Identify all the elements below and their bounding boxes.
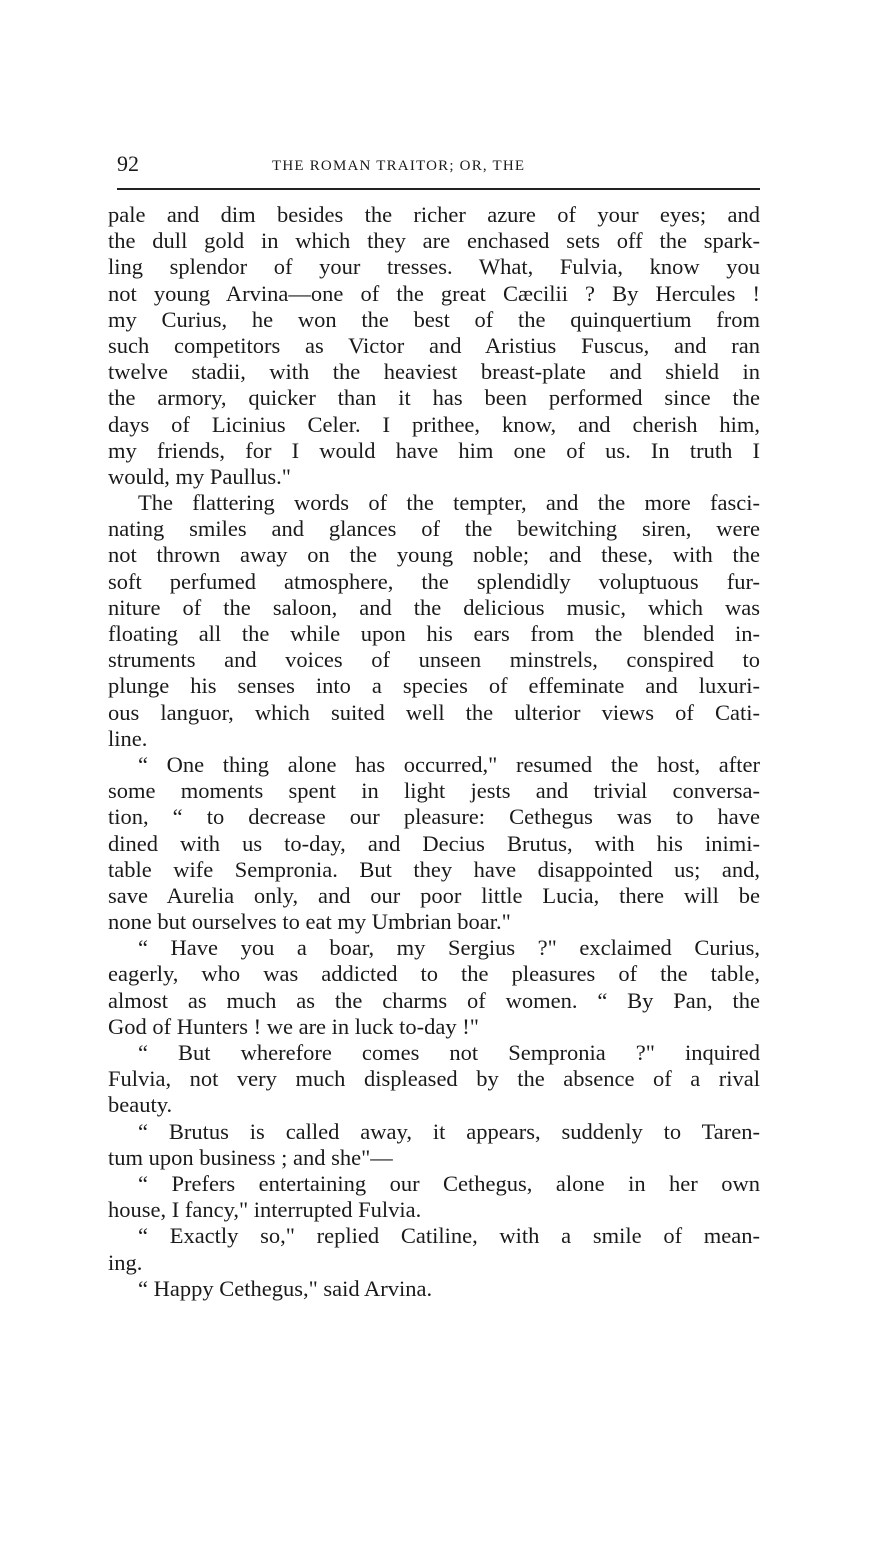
- text-line: tum upon business ; and she"—: [108, 1145, 760, 1171]
- text-line: The flattering words of the tempter, and…: [108, 490, 760, 516]
- text-line: “ Prefers entertaining our Cethegus, alo…: [108, 1171, 760, 1197]
- text-line: the dull gold in which they are enchased…: [108, 228, 760, 254]
- text-line: my friends, for I would have him one of …: [108, 438, 760, 464]
- text-line: almost as much as the charms of women. “…: [108, 988, 760, 1014]
- text-line: such competitors as Victor and Aristius …: [108, 333, 760, 359]
- text-line: “ Brutus is called away, it appears, sud…: [108, 1119, 760, 1145]
- text-line: none but ourselves to eat my Umbrian boa…: [108, 909, 760, 935]
- text-line: Fulvia, not very much displeased by the …: [108, 1066, 760, 1092]
- text-line: “ Exactly so," replied Catiline, with a …: [108, 1223, 760, 1249]
- text-line: plunge his senses into a species of effe…: [108, 673, 760, 699]
- text-line: “ One thing alone has occurred," resumed…: [108, 752, 760, 778]
- text-line: niture of the saloon, and the delicious …: [108, 595, 760, 621]
- text-line: God of Hunters ! we are in luck to-day !…: [108, 1014, 760, 1040]
- text-line: line.: [108, 726, 760, 752]
- text-line: struments and voices of unseen minstrels…: [108, 647, 760, 673]
- text-line: ous languor, which suited well the ulter…: [108, 700, 760, 726]
- text-line: ing.: [108, 1250, 760, 1276]
- text-line: “ Happy Cethegus," said Arvina.: [108, 1276, 760, 1302]
- text-line: “ But wherefore comes not Sempronia ?" i…: [108, 1040, 760, 1066]
- text-line: house, I fancy," interrupted Fulvia.: [108, 1197, 760, 1223]
- header-rule: [117, 188, 760, 190]
- text-line: save Aurelia only, and our poor little L…: [108, 883, 760, 909]
- text-line: some moments spent in light jests and tr…: [108, 778, 760, 804]
- text-line: days of Licinius Celer. I prithee, know,…: [108, 412, 760, 438]
- text-line: dined with us to-day, and Decius Brutus,…: [108, 831, 760, 857]
- text-line: tion, “ to decrease our pleasure: Cetheg…: [108, 804, 760, 830]
- body-text: pale and dim besides the richer azure of…: [108, 202, 760, 1302]
- text-line: not young Arvina—one of the great Cæcili…: [108, 281, 760, 307]
- text-line: “ Have you a boar, my Sergius ?" exclaim…: [108, 935, 760, 961]
- text-line: eagerly, who was addicted to the pleasur…: [108, 961, 760, 987]
- text-line: would, my Paullus.": [108, 464, 760, 490]
- text-line: twelve stadii, with the heaviest breast-…: [108, 359, 760, 385]
- text-line: table wife Sempronia. But they have disa…: [108, 857, 760, 883]
- page-number: 92: [117, 150, 139, 178]
- text-line: pale and dim besides the richer azure of…: [108, 202, 760, 228]
- running-head: 92 THE ROMAN TRAITOR; OR, THE: [117, 150, 760, 182]
- text-line: the armory, quicker than it has been per…: [108, 385, 760, 411]
- text-line: nating smiles and glances of the bewitch…: [108, 516, 760, 542]
- text-line: ling splendor of your tresses. What, Ful…: [108, 254, 760, 280]
- book-page: 92 THE ROMAN TRAITOR; OR, THE pale and d…: [0, 0, 896, 1550]
- text-line: soft perfumed atmosphere, the splendidly…: [108, 569, 760, 595]
- text-line: not thrown away on the young noble; and …: [108, 542, 760, 568]
- text-line: beauty.: [108, 1092, 760, 1118]
- text-line: floating all the while upon his ears fro…: [108, 621, 760, 647]
- text-line: my Curius, he won the best of the quinqu…: [108, 307, 760, 333]
- running-title: THE ROMAN TRAITOR; OR, THE: [272, 154, 525, 178]
